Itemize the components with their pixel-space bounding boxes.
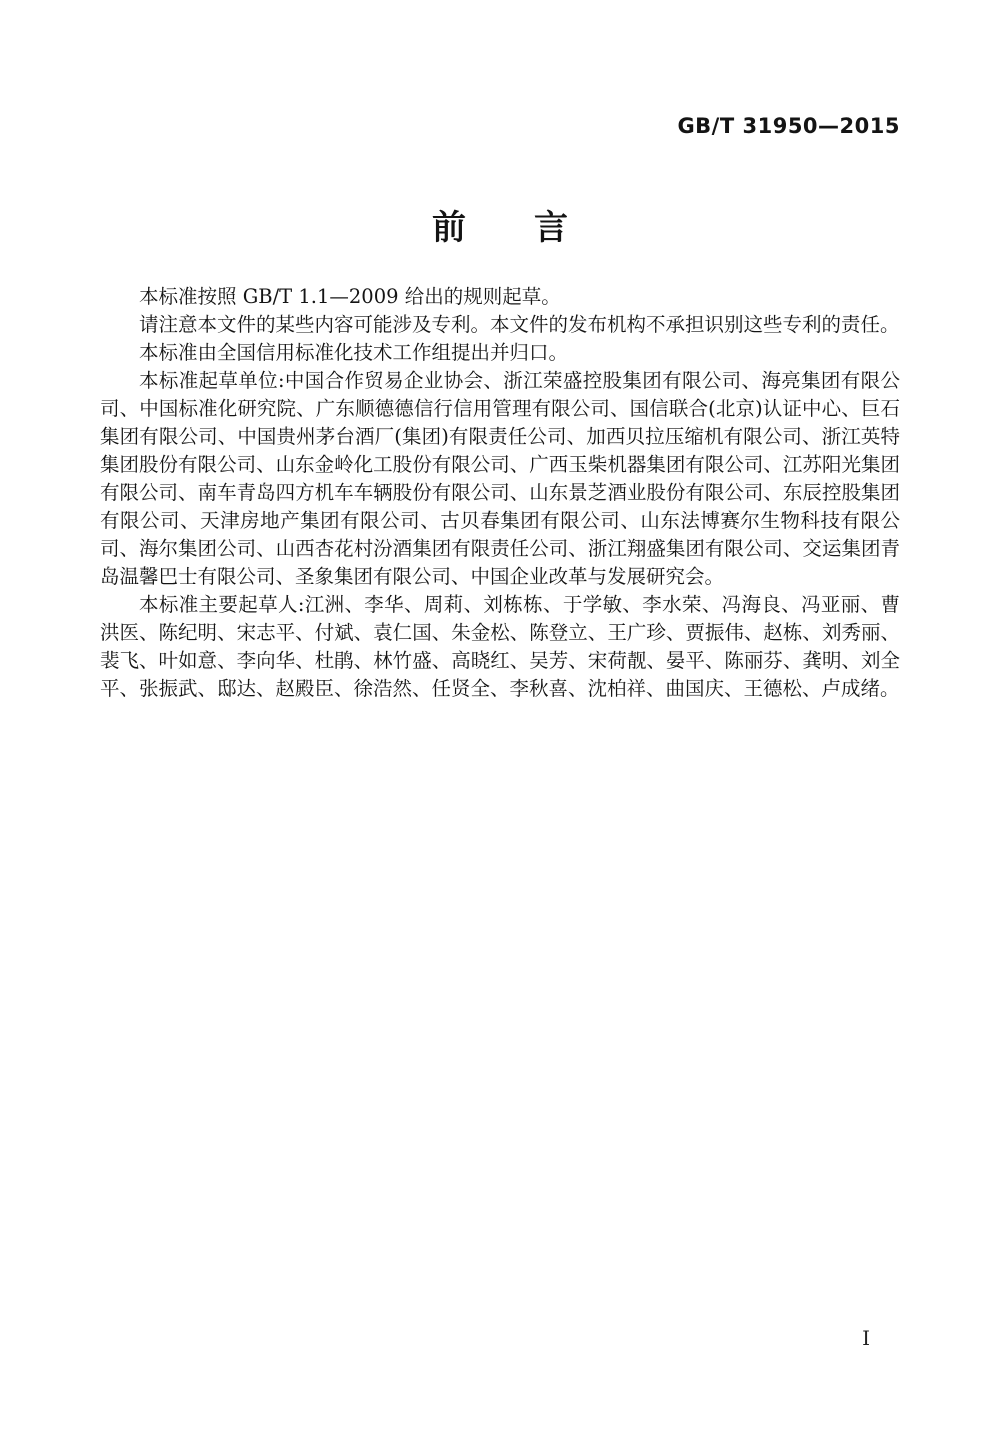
foreword-paragraph-main-drafters: 本标准主要起草人:江洲、李华、周莉、刘栋栋、于学敏、李水荣、冯海良、冯亚丽、曹洪… — [100, 591, 900, 703]
page-footer: I — [0, 1326, 870, 1350]
document-page: GB/T 31950—2015 前言 本标准按照 GB/T 1.1—2009 给… — [0, 0, 1000, 1453]
page-number: I — [862, 1326, 870, 1350]
foreword-paragraph-patent-notice: 请注意本文件的某些内容可能涉及专利。本文件的发布机构不承担识别这些专利的责任。 — [100, 311, 900, 339]
page-title: 前言 — [0, 200, 1000, 249]
foreword-paragraph-proposing-body: 本标准由全国信用标准化技术工作组提出并归口。 — [100, 339, 900, 367]
foreword-paragraph-drafting-rule: 本标准按照 GB/T 1.1—2009 给出的规则起草。 — [100, 283, 900, 311]
document-header: GB/T 31950—2015 — [0, 114, 900, 138]
foreword-body: 本标准按照 GB/T 1.1—2009 给出的规则起草。 请注意本文件的某些内容… — [100, 283, 900, 703]
foreword-paragraph-drafting-organizations: 本标准起草单位:中国合作贸易企业协会、浙江荣盛控股集团有限公司、海亮集团有限公司… — [100, 367, 900, 591]
standard-number: GB/T 31950—2015 — [677, 114, 900, 138]
